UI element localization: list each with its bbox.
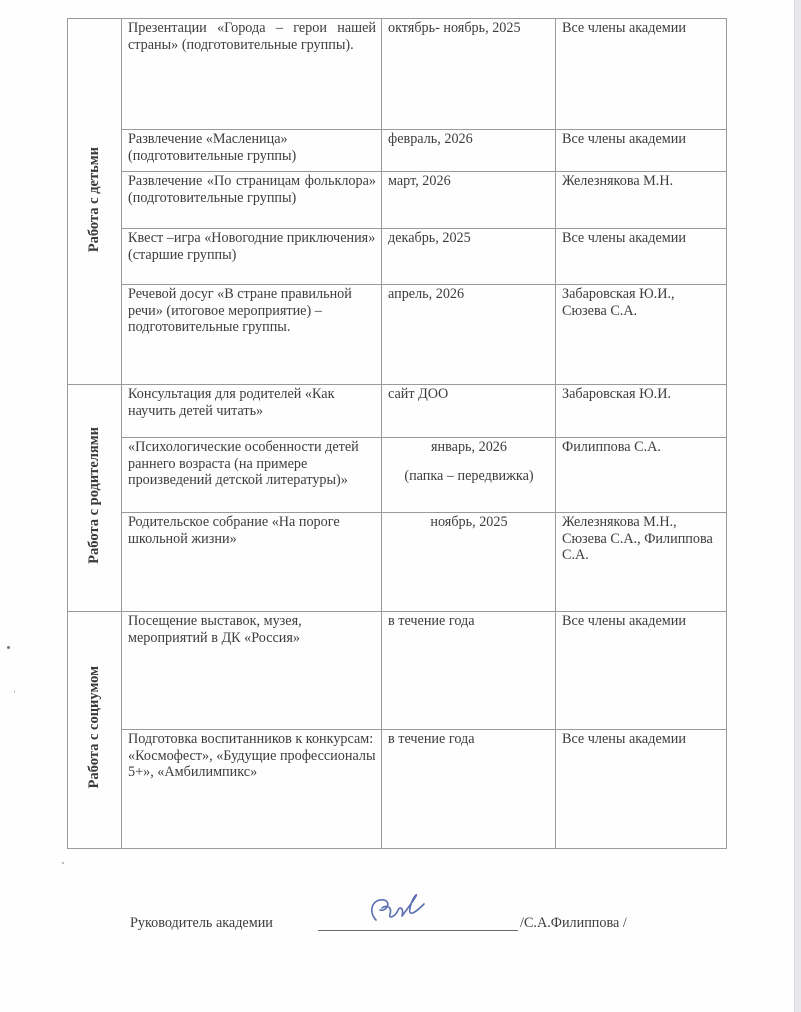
date-cell: сайт ДОО [382,385,556,438]
responsible-cell: Все члены академии [556,612,727,730]
signer-role: Руководитель академии [130,915,273,932]
table-row: Развлечение «Масленица» (подготовительны… [68,130,727,172]
date-cell: ноябрь, 2025 [382,513,556,612]
table-row: Подготовка воспитанников к конкурсам: «К… [68,730,727,849]
category-label: Работа с социумом [86,666,103,788]
table-row: Работа с детьми Презентации «Города – ге… [68,19,727,130]
responsible-cell: Забаровская Ю.И., Сюзева С.А. [556,285,727,385]
responsible-cell: Забаровская Ю.И. [556,385,727,438]
scan-speck [7,646,10,649]
activity-cell: Подготовка воспитанников к конкурсам: «К… [122,730,382,849]
responsible-cell: Филиппова С.А. [556,438,727,513]
responsible-cell: Железнякова М.Н. [556,172,727,229]
category-cell-parents: Работа с родителями [68,385,122,612]
date-cell: февраль, 2026 [382,130,556,172]
category-label: Работа с родителями [86,427,103,564]
activity-cell: Развлечение «По страницам фольклора» (по… [122,172,382,229]
activity-plan-table: Работа с детьми Презентации «Города – ге… [67,18,727,849]
responsible-cell: Железнякова М.Н., Сюзева С.А., Филиппова… [556,513,727,612]
activity-cell: Родительское собрание «На пороге школьно… [122,513,382,612]
activity-cell: Речевой досуг «В стране правильной речи»… [122,285,382,385]
activity-cell: Квест –игра «Новогодние приключения» (ст… [122,229,382,285]
activity-cell: «Психологические особенности детей ранне… [122,438,382,513]
category-cell-children: Работа с детьми [68,19,122,385]
table-row: «Психологические особенности детей ранне… [68,438,727,513]
responsible-cell: Все члены академии [556,130,727,172]
activity-cell: Презентации «Города – герои нашей страны… [122,19,382,130]
table-row: Работа с социумом Посещение выставок, му… [68,612,727,730]
date-cell: октябрь- ноябрь, 2025 [382,19,556,130]
scan-speck [14,690,15,693]
signature-block: Руководитель академии /С.А.Филиппова / [130,912,690,936]
table-row: Развлечение «По страницам фольклора» (по… [68,172,727,229]
table-row: Родительское собрание «На пороге школьно… [68,513,727,612]
activity-cell: Посещение выставок, музея, мероприятий в… [122,612,382,730]
activity-cell: Консультация для родителей «Как научить … [122,385,382,438]
date-cell: в течение года [382,612,556,730]
date-cell: апрель, 2026 [382,285,556,385]
date-cell: в течение года [382,730,556,849]
signature-line [318,930,518,931]
date-cell: март, 2026 [382,172,556,229]
signer-name: /С.А.Филиппова / [520,915,627,932]
document-page: Работа с детьми Презентации «Города – ге… [0,0,794,1012]
responsible-cell: Все члены академии [556,19,727,130]
handwritten-signature-icon [358,890,438,930]
responsible-cell: Все члены академии [556,730,727,849]
responsible-cell: Все члены академии [556,229,727,285]
date-note: (папка – передвижка) [388,468,550,485]
date-cell: январь, 2026 (папка – передвижка) [382,438,556,513]
table-row: Работа с родителями Консультация для род… [68,385,727,438]
date-value: январь, 2026 [431,439,507,455]
table-row: Квест –игра «Новогодние приключения» (ст… [68,229,727,285]
viewer-edge-strip [794,0,801,1012]
table-row: Речевой досуг «В стране правильной речи»… [68,285,727,385]
scan-speck [62,862,64,864]
category-cell-society: Работа с социумом [68,612,122,849]
category-label: Работа с детьми [86,147,103,252]
date-cell: декабрь, 2025 [382,229,556,285]
activity-cell: Развлечение «Масленица» (подготовительны… [122,130,382,172]
